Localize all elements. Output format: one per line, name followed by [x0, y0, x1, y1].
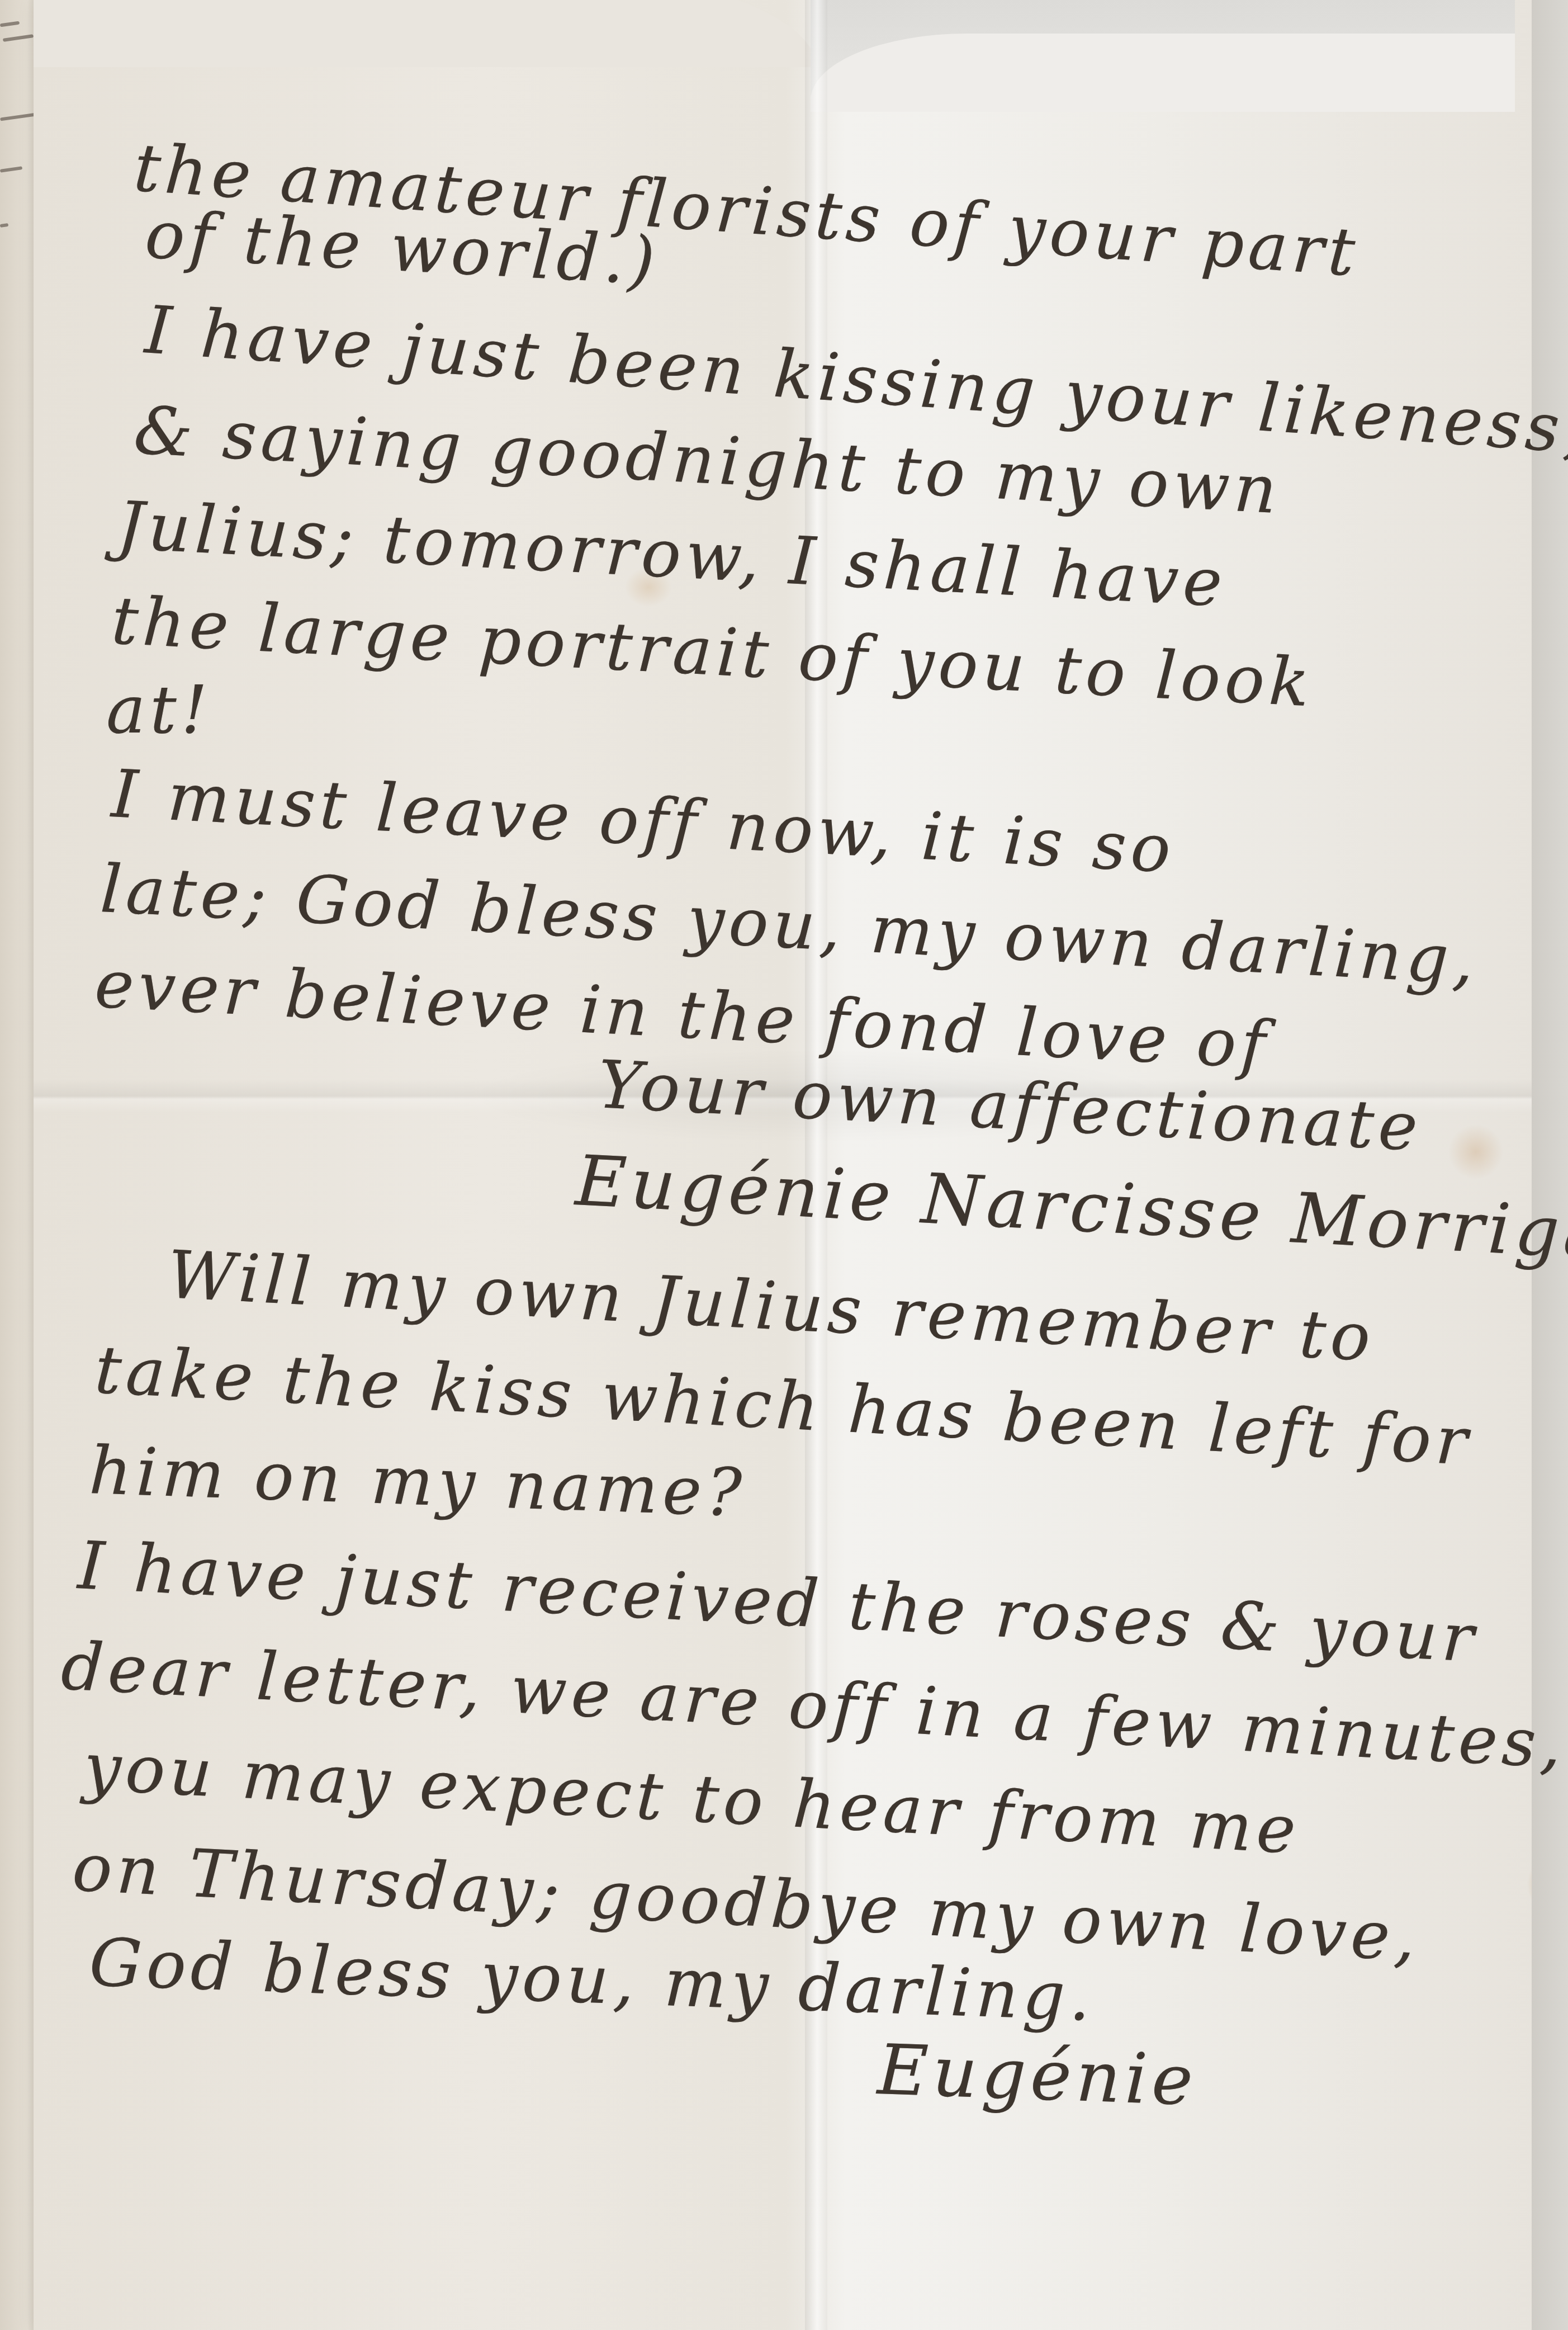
photo-scene: the amateur florists of your part of the… — [0, 0, 1568, 2330]
page-curl-right — [811, 0, 1515, 95]
page-curl-left — [34, 0, 816, 67]
short-signature: Eugénie — [876, 2030, 1198, 2121]
background-edge — [1532, 0, 1568, 2330]
letter-line: at! — [106, 671, 212, 748]
